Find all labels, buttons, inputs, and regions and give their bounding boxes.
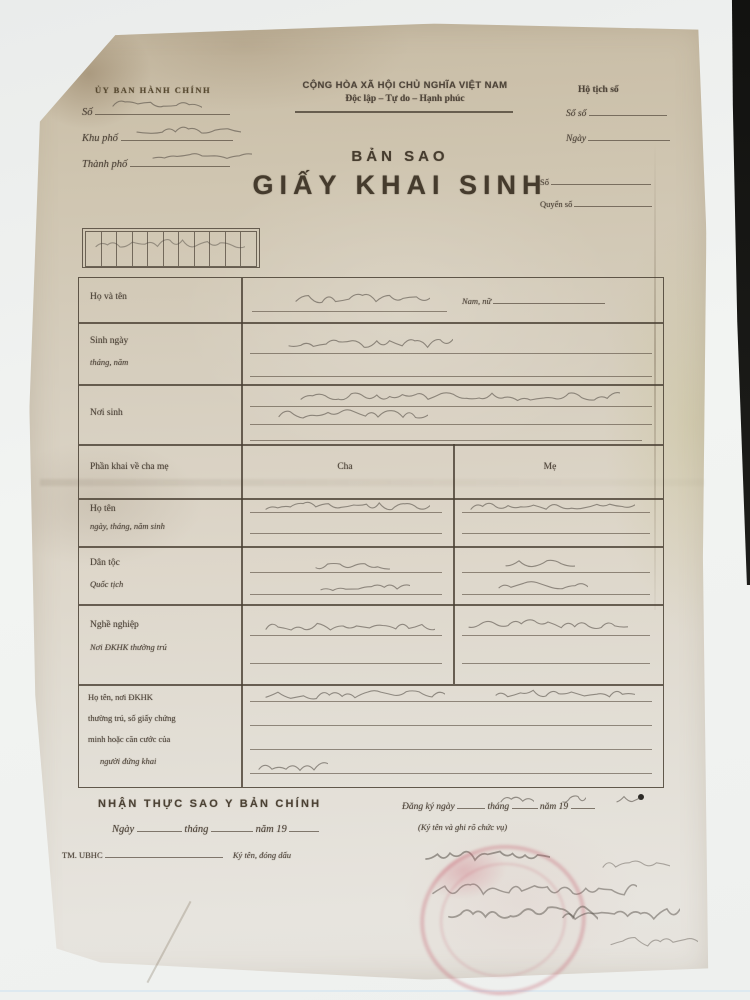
handwritten-birthdate bbox=[288, 334, 453, 356]
issuer-thanhpho-label: Thành phố bbox=[82, 159, 127, 170]
certify-sign-line: TM. UBHC Ký tên, đóng dấu bbox=[62, 847, 291, 860]
row1-gender-field: Nam, nữ bbox=[462, 293, 605, 306]
title-so-label: Số bbox=[540, 177, 549, 187]
row7-sublabel: Nơi ĐKHK thường trú bbox=[90, 642, 167, 652]
handwritten-occupation-mother bbox=[468, 616, 628, 637]
document-subtitle: BẢN SAO bbox=[300, 148, 500, 165]
handwritten-khupho bbox=[136, 123, 241, 141]
title-quyen-blank bbox=[574, 196, 652, 207]
certify-sign-note: Ký tên, đóng dấu bbox=[233, 850, 291, 860]
fileref-so-blank bbox=[589, 105, 667, 116]
fileref-so-label: Sổ số bbox=[566, 109, 586, 119]
row-line-1 bbox=[79, 322, 663, 324]
fileref-ngay-label: Ngày bbox=[566, 134, 586, 144]
handwritten-code-digits bbox=[95, 234, 245, 257]
handwritten-ethnicity-mother bbox=[505, 556, 575, 575]
handwritten-declarant-3 bbox=[258, 758, 328, 779]
row8-label-line3: minh hoặc căn cước của bbox=[88, 734, 170, 744]
row5-sublabel: ngày, tháng, năm sinh bbox=[90, 521, 165, 531]
label-column-divider bbox=[241, 278, 243, 787]
register-prefix: Đăng ký ngày bbox=[402, 802, 455, 812]
row8-label-line4: người đứng khai bbox=[100, 756, 156, 766]
handwritten-name bbox=[295, 290, 430, 311]
row-line-6 bbox=[79, 604, 663, 606]
issuer-so-label: Số bbox=[82, 107, 93, 118]
certify-date-w1: Ngày bbox=[112, 824, 134, 835]
row7-label: Nghề nghiệp bbox=[90, 620, 139, 630]
row3-label: Nơi sinh bbox=[90, 408, 123, 418]
handwritten-nationality-mother bbox=[498, 578, 588, 597]
handwritten-register-year bbox=[616, 792, 640, 811]
handwritten-scribble-3 bbox=[562, 902, 680, 929]
certify-date-blank1 bbox=[137, 821, 182, 832]
certify-authority-blank bbox=[105, 847, 223, 858]
row-line-5 bbox=[79, 546, 663, 548]
title-quyen-field: Quyển số bbox=[540, 196, 652, 209]
row1-gender-label: Nam, nữ bbox=[462, 296, 491, 306]
handwritten-register-day bbox=[500, 792, 534, 811]
row-line-3 bbox=[79, 444, 663, 446]
row5-rule-b2 bbox=[462, 533, 650, 534]
certify-date-blank2 bbox=[211, 821, 253, 832]
photo-of-birth-certificate: ỦY BAN HÀNH CHÍNH Số Khu phố Thành phố C… bbox=[0, 0, 750, 1000]
national-title: CỘNG HÒA XÃ HỘI CHỦ NGHĨA VIỆT NAM bbox=[270, 80, 540, 91]
fileref-title: Hộ tịch số bbox=[578, 85, 619, 95]
motto-underline bbox=[295, 111, 513, 113]
row3-rule-c bbox=[250, 440, 642, 441]
mother-column-header: Mẹ bbox=[515, 462, 585, 472]
row6-label: Dân tộc bbox=[90, 558, 120, 568]
father-mother-divider bbox=[453, 444, 455, 684]
fileref-ngay-blank bbox=[588, 130, 670, 141]
row4-label: Phần khai về cha mẹ bbox=[90, 462, 169, 472]
row5-rule-a2 bbox=[250, 533, 442, 534]
certify-date-w2: tháng bbox=[184, 824, 208, 835]
row8-label-line1: Họ tên, nơi ĐKHK bbox=[88, 692, 153, 702]
row-line-2 bbox=[79, 384, 663, 386]
handwritten-ethnicity-father bbox=[315, 558, 390, 577]
row8-label-line2: thường trú, số giấy chứng bbox=[88, 713, 176, 723]
certify-date-blank3 bbox=[289, 821, 319, 832]
printed-content-layer: ỦY BAN HÀNH CHÍNH Số Khu phố Thành phố C… bbox=[0, 0, 750, 1000]
handwritten-mother-name bbox=[470, 498, 635, 519]
issuer-khupho-label: Khu phố bbox=[82, 133, 118, 144]
row5-label: Họ tên bbox=[90, 504, 116, 514]
fileref-so-field: Sổ số bbox=[566, 105, 667, 119]
issuer-name: ỦY BAN HÀNH CHÍNH bbox=[95, 85, 211, 95]
handwritten-thanhpho bbox=[152, 149, 252, 167]
handwritten-nationality-father bbox=[320, 580, 410, 599]
handwritten-birthplace-2 bbox=[278, 406, 428, 426]
national-motto: Độc lập – Tự do – Hạnh phúc bbox=[270, 94, 540, 104]
row6-sublabel: Quốc tịch bbox=[90, 579, 123, 589]
father-column-header: Cha bbox=[310, 462, 380, 472]
row2-sublabel: tháng, năm bbox=[90, 357, 128, 367]
handwritten-register-month bbox=[562, 792, 586, 811]
register-blank1 bbox=[457, 798, 485, 809]
fileref-ngay-field: Ngày bbox=[566, 130, 670, 144]
title-so-field: Số bbox=[540, 174, 651, 187]
handwritten-father-name bbox=[265, 498, 430, 519]
handwritten-scribble-5 bbox=[610, 932, 698, 955]
row7-rule-a2 bbox=[250, 663, 442, 664]
handwritten-declarant-1 bbox=[265, 686, 445, 707]
row8-rule-3 bbox=[250, 749, 652, 750]
handwritten-declarant-2 bbox=[495, 684, 635, 705]
title-quyen-label: Quyển số bbox=[540, 199, 572, 209]
handwritten-occupation-father bbox=[265, 618, 435, 639]
certify-date-w3: năm 19 bbox=[256, 824, 287, 835]
title-so-blank bbox=[551, 174, 651, 185]
certify-title: NHẬN THỰC SAO Y BẢN CHÍNH bbox=[98, 798, 321, 810]
certify-authority-label: TM. UBHC bbox=[62, 850, 103, 860]
row2-label: Sinh ngày bbox=[90, 336, 128, 346]
handwritten-so-number bbox=[112, 97, 202, 115]
row8-rule-2 bbox=[250, 725, 652, 726]
row1-gender-blank bbox=[493, 293, 605, 304]
row1-label: Họ và tên bbox=[90, 292, 127, 302]
row7-rule-b2 bbox=[462, 663, 650, 664]
handwritten-scribble-4 bbox=[602, 856, 670, 877]
row2-rule-b bbox=[250, 376, 652, 377]
certify-date-line: Ngày tháng năm 19 bbox=[112, 821, 319, 835]
document-title: GIẤY KHAI SINH bbox=[228, 170, 572, 201]
register-note: (Ký tên và ghi rõ chức vụ) bbox=[418, 822, 507, 832]
row1-rule bbox=[252, 311, 447, 312]
